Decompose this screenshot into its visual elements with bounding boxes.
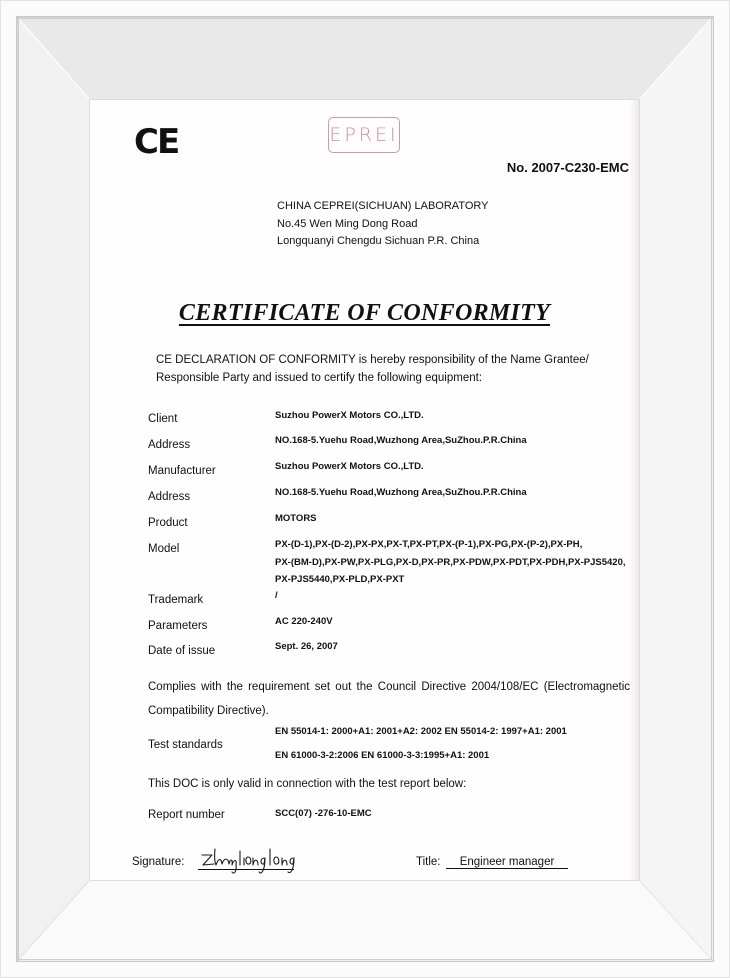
report-number-label: Report number	[148, 809, 225, 821]
laboratory-block: CHINA CEPREI(SICHUAN) LABORATORY No.45 W…	[277, 198, 489, 251]
handwritten-signature-icon	[198, 845, 298, 875]
field-label-manufacturer-address: Address	[148, 491, 190, 503]
ce-mark-logo: CE	[134, 122, 178, 162]
signer-title-label: Title:	[416, 856, 441, 868]
field-value-address: NO.168-5.Yuehu Road,Wuzhong Area,SuZhou.…	[275, 433, 635, 450]
model-line-2: PX-(BM-D),PX-PW,PX-PLG,PX-D,PX-PR,PX-PDW…	[275, 554, 635, 572]
report-number-value: SCC(07) -276-10-EMC	[275, 806, 635, 823]
field-label-date-of-issue: Date of issue	[148, 645, 215, 657]
field-value-client: Suzhou PowerX Motors CO.,LTD.	[275, 408, 635, 425]
field-label-client: Client	[148, 413, 177, 425]
field-value-model: PX-(D-1),PX-(D-2),PX-PX,PX-T,PX-PT,PX-(P…	[275, 536, 635, 589]
signer-title-value: Engineer manager	[446, 856, 568, 869]
test-standards-line1: EN 55014-1: 2000+A1: 2001+A2: 2002 EN 55…	[275, 724, 635, 741]
intro-line-1: CE DECLARATION OF CONFORMITY is hereby r…	[156, 351, 589, 369]
doc-validity-note: This DOC is only valid in connection wit…	[148, 778, 466, 790]
test-standards-label: Test standards	[148, 739, 223, 751]
laboratory-address-line1: No.45 Wen Ming Dong Road	[277, 216, 489, 234]
intro-line-2: Responsible Party and issued to certify …	[156, 369, 589, 387]
laboratory-address-line2: Longquanyi Chengdu Sichuan P.R. China	[277, 233, 489, 251]
signature-label: Signature:	[132, 856, 184, 868]
laboratory-name: CHINA CEPREI(SICHUAN) LABORATORY	[277, 198, 489, 216]
declaration-intro: CE DECLARATION OF CONFORMITY is hereby r…	[156, 351, 589, 387]
field-label-parameters: Parameters	[148, 620, 207, 632]
field-label-product: Product	[148, 517, 188, 529]
field-value-trademark: /	[275, 588, 635, 605]
certificate-title: CERTIFICATE OF CONFORMITY	[90, 300, 639, 327]
ceprei-stamp: EPREI	[328, 117, 400, 153]
signature-field	[198, 851, 294, 870]
model-line-1: PX-(D-1),PX-(D-2),PX-PX,PX-T,PX-PT,PX-(P…	[275, 536, 635, 554]
field-value-parameters: AC 220-240V	[275, 614, 635, 631]
field-label-address: Address	[148, 439, 190, 451]
directive-compliance-text: Complies with the requirement set out th…	[148, 675, 630, 723]
model-line-3: PX-PJS5440,PX-PLD,PX-PXT	[275, 571, 635, 589]
test-standards-line2: EN 61000-3-2:2006 EN 61000-3-3:1995+A1: …	[275, 748, 635, 765]
field-label-model: Model	[148, 543, 179, 555]
certificate-number: No. 2007-C230-EMC	[507, 160, 629, 175]
field-label-trademark: Trademark	[148, 594, 203, 606]
field-value-date-of-issue: Sept. 26, 2007	[275, 639, 635, 656]
field-value-product: MOTORS	[275, 511, 635, 528]
field-value-manufacturer-address: NO.168-5.Yuehu Road,Wuzhong Area,SuZhou.…	[275, 485, 635, 502]
field-label-manufacturer: Manufacturer	[148, 465, 216, 477]
field-value-manufacturer: Suzhou PowerX Motors CO.,LTD.	[275, 459, 635, 476]
certificate-paper: CE EPREI No. 2007-C230-EMC CHINA CEPREI(…	[90, 100, 639, 880]
